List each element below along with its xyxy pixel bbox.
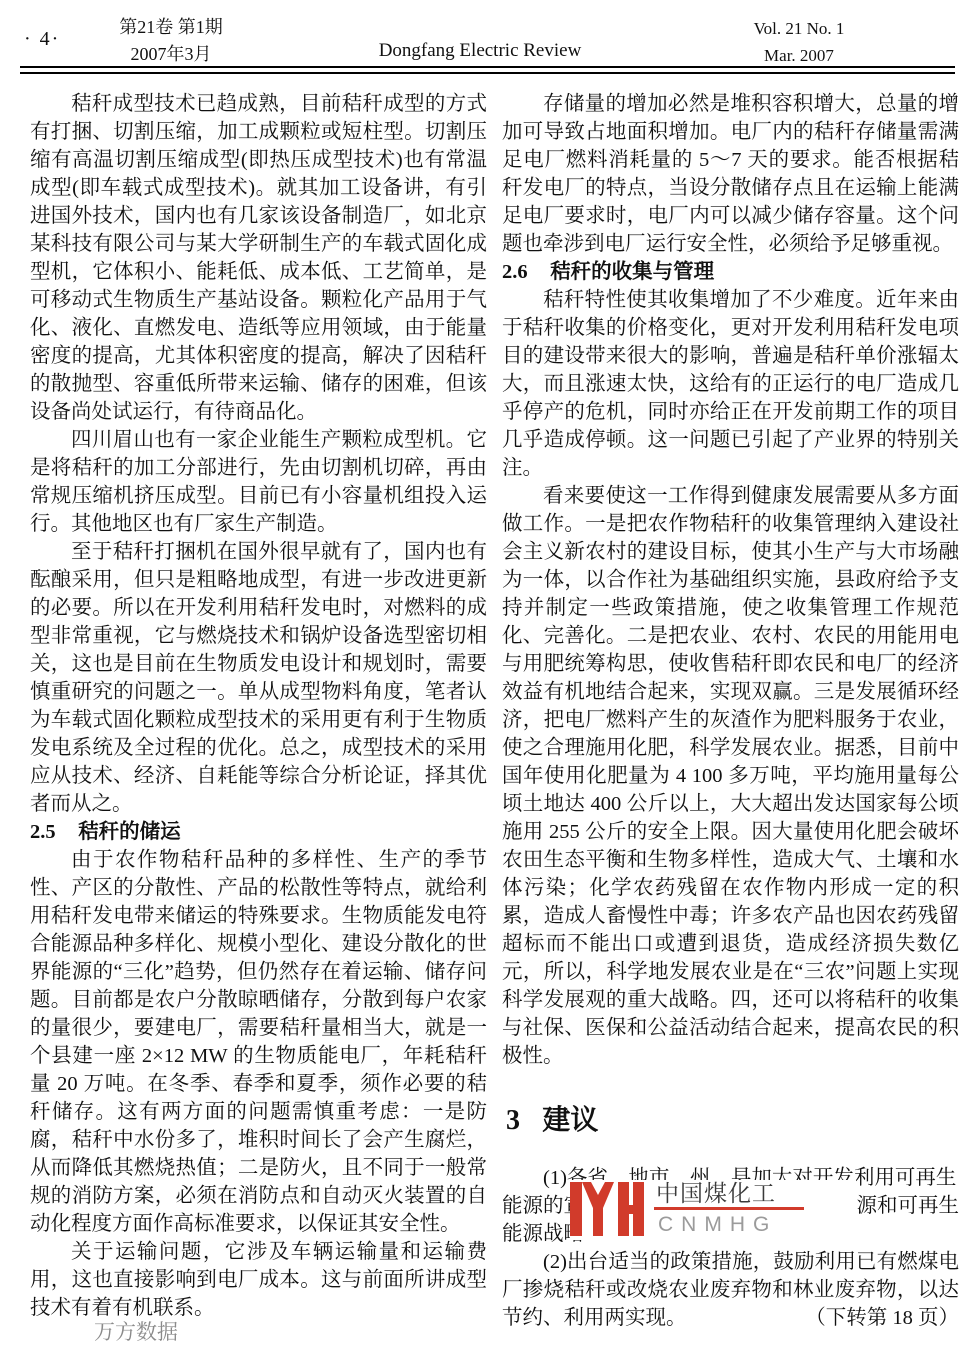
paragraph: 存储量的增加必然是堆积容积增大，总量的增加可导致占地面积增加。电厂内的秸秆存储量…: [502, 90, 959, 258]
paragraph: 关于运输问题，它涉及车辆运输量和运输费用，这也直接影响到电厂成本。这与前面所讲成…: [30, 1238, 487, 1322]
section-heading-3: 3建议: [506, 1104, 959, 1138]
section-heading-2-5: 2.5秸秆的储运: [30, 818, 487, 846]
section-number: 3: [506, 1105, 520, 1136]
section-title: 秸秆的储运: [78, 821, 181, 843]
header-double-rule: [20, 66, 955, 74]
paragraph: 秸秆成型技术已趋成熟，目前秸秆成型的方式有打捆、切割压缩，加工成颗粒或短柱型。切…: [30, 90, 487, 426]
right-column: 存储量的增加必然是堆积容积增大，总量的增加可导致占地面积增加。电厂内的秸秆存储量…: [502, 90, 959, 1332]
page-number: · 4·: [24, 28, 60, 51]
header-volume-en: Vol. 21 No. 1 Mar. 2007: [724, 15, 874, 69]
paragraph: 看来要使这一工作得到健康发展需要从多方面做工作。一是把农作物秸秆的收集管理纳入建…: [502, 482, 959, 1070]
paragraph: 四川眉山也有一家企业能生产颗粒成型机。它是将秸秆的加工分部进行，先由切割机切碎，…: [30, 426, 487, 538]
paragraph: 至于秸秆打捆机在国外很早就有了，国内也有酝酿采用，但只是粗略地成型，有进一步改进…: [30, 538, 487, 818]
journal-page: · 4· 第21卷 第1期 2007年3月 Dongfang Electric …: [0, 0, 974, 1366]
section-title: 秸秆的收集与管理: [550, 261, 714, 283]
continuation-note: （下转第 18 页）: [764, 1304, 959, 1332]
paragraph: 由于农作物秸秆品种的多样性、生产的季节性、产区的分散性、产品的松散性等特点，就给…: [30, 846, 487, 1238]
section-heading-2-6: 2.6秸秆的收集与管理: [502, 258, 959, 286]
wanfang-watermark: 万方数据: [94, 1316, 178, 1346]
date-cn: 2007年3月: [96, 41, 246, 68]
cnmhg-name-cn: 中国煤化工: [654, 1180, 804, 1210]
volume-issue-cn: 第21卷 第1期: [96, 14, 246, 41]
header-volume-cn: 第21卷 第1期 2007年3月: [96, 14, 246, 68]
paragraph: 秸秆特性使其收集增加了不少难度。近年来由于秸秆收集的价格变化，更对开发利用秸秆发…: [502, 286, 959, 482]
body-columns: 秸秆成型技术已趋成熟，目前秸秆成型的方式有打捆、切割压缩，加工成颗粒或短柱型。切…: [30, 90, 959, 1332]
left-column: 秸秆成型技术已趋成熟，目前秸秆成型的方式有打捆、切割压缩，加工成颗粒或短柱型。切…: [30, 90, 487, 1332]
journal-title: Dongfang Electric Review: [330, 40, 630, 62]
cnmhg-watermark-text: 中国煤化工 CNMHG: [654, 1180, 804, 1238]
cnmhg-watermark: 中国煤化工 CNMHG: [570, 1180, 856, 1240]
section-number: 2.5: [30, 821, 56, 843]
suggestion-2-paragraph: (2)出台适当的政策措施，鼓励利用已有燃煤电厂掺烧秸秆或改烧农业废弃物和林业废弃…: [502, 1248, 959, 1332]
date-en: Mar. 2007: [724, 42, 874, 69]
cnmhg-name-en: CNMHG: [654, 1212, 804, 1238]
volume-issue-en: Vol. 21 No. 1: [724, 15, 874, 42]
cnmhg-logo-icon: [570, 1182, 644, 1236]
section-title: 建议: [542, 1105, 598, 1136]
suggestion-1-block: (1)各省、地市、州、县加大对开发利用可再生 能源的宣展新能源和可再生 能源战略: [502, 1164, 959, 1248]
section-number: 2.6: [502, 261, 528, 283]
